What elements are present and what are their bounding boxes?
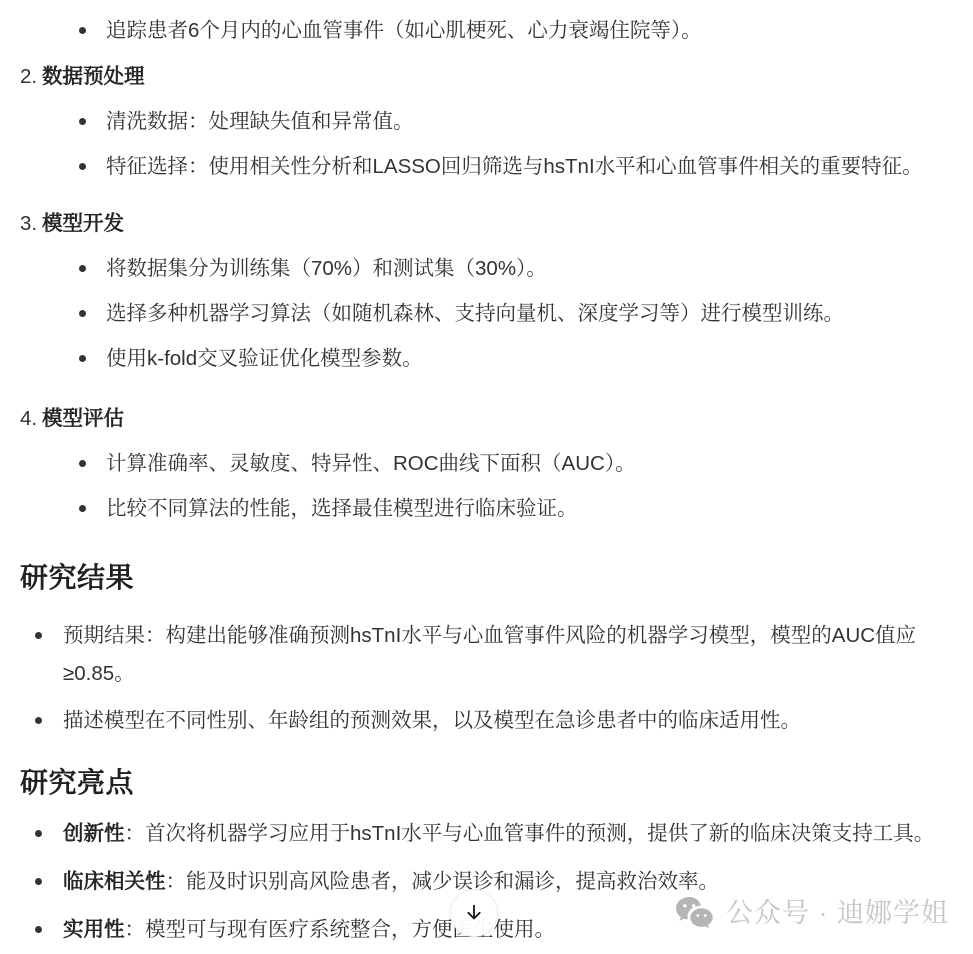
list-item-text: 特征选择：使用相关性分析和LASSO回归筛选与hsTnI水平和心血管事件相关的重… <box>106 148 965 186</box>
arrow-down-icon <box>463 902 485 924</box>
list-item: 比较不同算法的性能，选择最佳模型进行临床验证。 <box>20 490 965 528</box>
bullet-dot <box>79 118 86 125</box>
list-item: 选择多种机器学习算法（如随机森林、支持向量机、深度学习等）进行模型训练。 <box>20 295 965 333</box>
bullet-dot <box>79 265 86 272</box>
list-item-text: 使用k-fold交叉验证优化模型参数。 <box>106 340 965 378</box>
document-page: 追踪患者6个月内的心血管事件（如心肌梗死、心力衰竭住院等）。 2. 数据预处理 … <box>0 0 973 954</box>
list-item-text: 临床相关性：能及时识别高风险患者，减少误诊和漏诊，提高救治效率。 <box>63 863 965 901</box>
bullet-lead: 临床相关性 <box>63 870 166 893</box>
list-item-text: 追踪患者6个月内的心血管事件（如心肌梗死、心力衰竭住院等）。 <box>106 12 965 50</box>
bullet-dot <box>35 926 42 933</box>
section-heading-highlights: 研究亮点 <box>20 763 965 803</box>
list-item-text: 比较不同算法的性能，选择最佳模型进行临床验证。 <box>106 490 965 528</box>
bullet-dot <box>79 505 86 512</box>
bullet-body: ：能及时识别高风险患者，减少误诊和漏诊，提高救治效率。 <box>166 870 720 893</box>
item-title: 模型评估 <box>42 400 124 438</box>
numbered-item: 3. 模型开发 <box>20 205 965 243</box>
item-number: 4. <box>20 400 42 438</box>
scroll-to-bottom-button[interactable] <box>450 889 498 937</box>
bullet-dot <box>35 717 42 724</box>
list-item: 预期结果：构建出能够准确预测hsTnI水平与心血管事件风险的机器学习模型，模型的… <box>20 617 965 693</box>
bullet-lead: 实用性 <box>63 918 125 941</box>
bullet-dot <box>35 632 42 639</box>
list-item-text: 计算准确率、灵敏度、特异性、ROC曲线下面积（AUC）。 <box>106 445 965 483</box>
list-item: 描述模型在不同性别、年龄组的预测效果，以及模型在急诊患者中的临床适用性。 <box>20 702 965 740</box>
bullet-dot <box>79 310 86 317</box>
item-number: 3. <box>20 205 42 243</box>
list-item: 将数据集分为训练集（70%）和测试集（30%）。 <box>20 250 965 288</box>
list-item-text: 预期结果：构建出能够准确预测hsTnI水平与心血管事件风险的机器学习模型，模型的… <box>63 617 965 693</box>
list-item: 清洗数据：处理缺失值和异常值。 <box>20 103 965 141</box>
bullet-dot <box>35 878 42 885</box>
list-item-text: 创新性：首次将机器学习应用于hsTnI水平与心血管事件的预测，提供了新的临床决策… <box>63 815 965 853</box>
list-item: 创新性：首次将机器学习应用于hsTnI水平与心血管事件的预测，提供了新的临床决策… <box>20 815 965 853</box>
item-title: 模型开发 <box>42 205 124 243</box>
section-heading-results: 研究结果 <box>20 558 965 598</box>
numbered-item: 2. 数据预处理 <box>20 58 965 96</box>
bullet-dot <box>79 163 86 170</box>
list-item: 特征选择：使用相关性分析和LASSO回归筛选与hsTnI水平和心血管事件相关的重… <box>20 148 965 186</box>
numbered-item: 4. 模型评估 <box>20 400 965 438</box>
list-item: 使用k-fold交叉验证优化模型参数。 <box>20 340 965 378</box>
bullet-dot <box>35 830 42 837</box>
bullet-dot <box>79 460 86 467</box>
bullet-lead: 创新性 <box>63 822 125 845</box>
list-item: 追踪患者6个月内的心血管事件（如心肌梗死、心力衰竭住院等）。 <box>20 12 965 50</box>
bullet-dot <box>79 355 86 362</box>
list-item-text: 选择多种机器学习算法（如随机森林、支持向量机、深度学习等）进行模型训练。 <box>106 295 965 333</box>
list-item-text: 清洗数据：处理缺失值和异常值。 <box>106 103 965 141</box>
list-item: 临床相关性：能及时识别高风险患者，减少误诊和漏诊，提高救治效率。 <box>20 863 965 901</box>
bullet-body: ：首次将机器学习应用于hsTnI水平与心血管事件的预测，提供了新的临床决策支持工… <box>125 822 935 845</box>
list-item-text: 实用性：模型可与现有医疗系统整合，方便医生使用。 <box>63 911 965 949</box>
list-item: 计算准确率、灵敏度、特异性、ROC曲线下面积（AUC）。 <box>20 445 965 483</box>
list-item-text: 将数据集分为训练集（70%）和测试集（30%）。 <box>106 250 965 288</box>
bullet-dot <box>79 27 86 34</box>
item-title: 数据预处理 <box>42 58 145 96</box>
item-number: 2. <box>20 58 42 96</box>
list-item-text: 描述模型在不同性别、年龄组的预测效果，以及模型在急诊患者中的临床适用性。 <box>63 702 965 740</box>
